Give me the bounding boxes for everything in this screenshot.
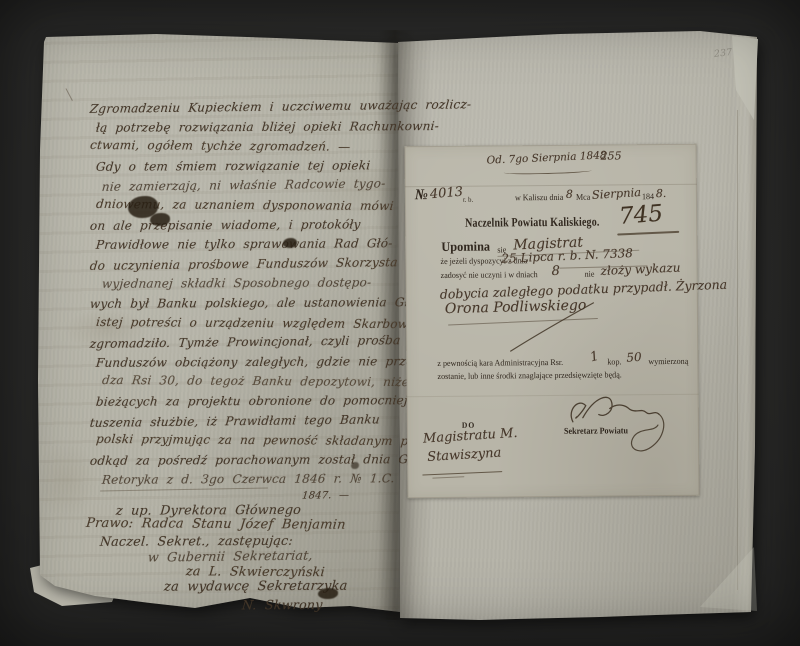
handwritten-line: ctwami, ogółem tychże zgromadzeń. —: [89, 136, 403, 158]
pen-slash-stroke: [506, 297, 602, 360]
handwritten-line: polski przyjmując za na pewność składany…: [95, 430, 403, 452]
case-number: 745: [618, 201, 664, 230]
day-value: 8: [566, 188, 573, 201]
number-sign: №: [415, 187, 428, 204]
case-number-underline: [617, 231, 679, 236]
office-title: Naczelnik Powiatu Kaliskiego.: [465, 215, 599, 231]
month-value: Sierpnia: [592, 185, 642, 202]
register-number: 255: [601, 149, 622, 162]
ink-blot: [283, 238, 297, 248]
penalty-printed-1b: wymierzoną: [648, 356, 688, 366]
deadline-printed: zadosyć nie uczyni i w dniach: [441, 269, 538, 280]
flourish-dash: [432, 476, 464, 479]
manuscript-body: Zgromadzeniu Kupieckiem i uczciwemu uważ…: [90, 98, 402, 490]
handwritten-line: łą potrzebę rozwiązania bliżej opieki Ra…: [95, 117, 403, 138]
annotation-underline: [504, 168, 592, 175]
handwritten-line: Zgromadzeniu Kupieckiem i uczciwemu uważ…: [89, 96, 403, 119]
deadline-tail-value: złoży wykazu: [600, 260, 680, 277]
number-suffix: r. b.: [463, 196, 473, 204]
manuscript-closing: 1847. —z up. Dyrektora GłównegoPrawo: Ra…: [90, 490, 402, 613]
penalty-printed-1: z pewnością kara Administracyjna Rsr.: [437, 357, 563, 368]
place-date-printed: w Kaliszu dnia: [515, 192, 564, 202]
year-value: 8.: [656, 187, 667, 200]
ink-blot: [150, 213, 170, 226]
handwritten-closing-line: N. Skwrony: [241, 596, 402, 612]
nie-printed: nie: [585, 269, 595, 279]
flourish-dash: [422, 471, 502, 476]
deadline-value: 8: [552, 264, 560, 279]
penalty-kop-label: kop.: [607, 356, 621, 366]
handwritten-line: bieżących za projektu obronione do pomoc…: [95, 391, 403, 412]
address-line: Magistratu M.: [423, 426, 518, 447]
ink-blot: [318, 588, 338, 599]
handwritten-closing-line: w Gubernii Sekretariat,: [147, 547, 403, 566]
address-line: Stawiszyna: [427, 446, 502, 465]
penalty-kop-value: 50: [626, 350, 642, 365]
ink-blot: [351, 462, 359, 469]
left-page-text: Zgromadzeniu Kupieckiem i uczciwemu uważ…: [90, 98, 402, 612]
handwritten-line: Funduszów obciążony zaległych, gdzie nie…: [95, 352, 403, 373]
handwritten-line: dza Rsi 30, do tegoż Banku depozytowi, n…: [101, 371, 403, 393]
number-value: 4013: [429, 185, 463, 203]
month-abbrev-printed: Mca: [576, 192, 590, 202]
handwritten-line: zgromadziło. Tymże Prowincjonał, czyli p…: [89, 331, 403, 354]
penalty-printed-2: zostanie, lub inne środki znaglające prz…: [437, 369, 621, 381]
handwritten-line: wyjednanej składki Sposobnego dostępo-: [101, 274, 403, 295]
handwritten-line: Prawidłowe nie tylko sprawowania Rad Głó…: [95, 234, 403, 255]
upomina-initial: Upomina: [441, 239, 490, 255]
year-printed: 184: [642, 191, 654, 201]
received-date-annotation: Od. 7go Sierpnia 1848.: [486, 149, 606, 166]
handwritten-line: wych był Banku polskiego, ale ustanowien…: [89, 293, 403, 314]
pencil-folio-number: 237: [713, 47, 732, 60]
secretary-label: Sekretarz Powiatu: [564, 425, 628, 436]
page-crease: [737, 110, 738, 590]
handwritten-closing-line: Prawo: Radca Stanu Józef Benjamin: [85, 516, 402, 534]
handwritten-line: on ale przepisanie wiadome, i protokóły: [89, 215, 403, 236]
printed-form: Od. 7go Sierpnia 1848. 255 № 4013 r. b. …: [404, 144, 699, 499]
archival-scan-stage: Zgromadzeniu Kupieckiem i uczciwemu uważ…: [0, 0, 800, 646]
handwritten-closing-line: za wydawcę Sekretarzyka: [163, 579, 402, 596]
